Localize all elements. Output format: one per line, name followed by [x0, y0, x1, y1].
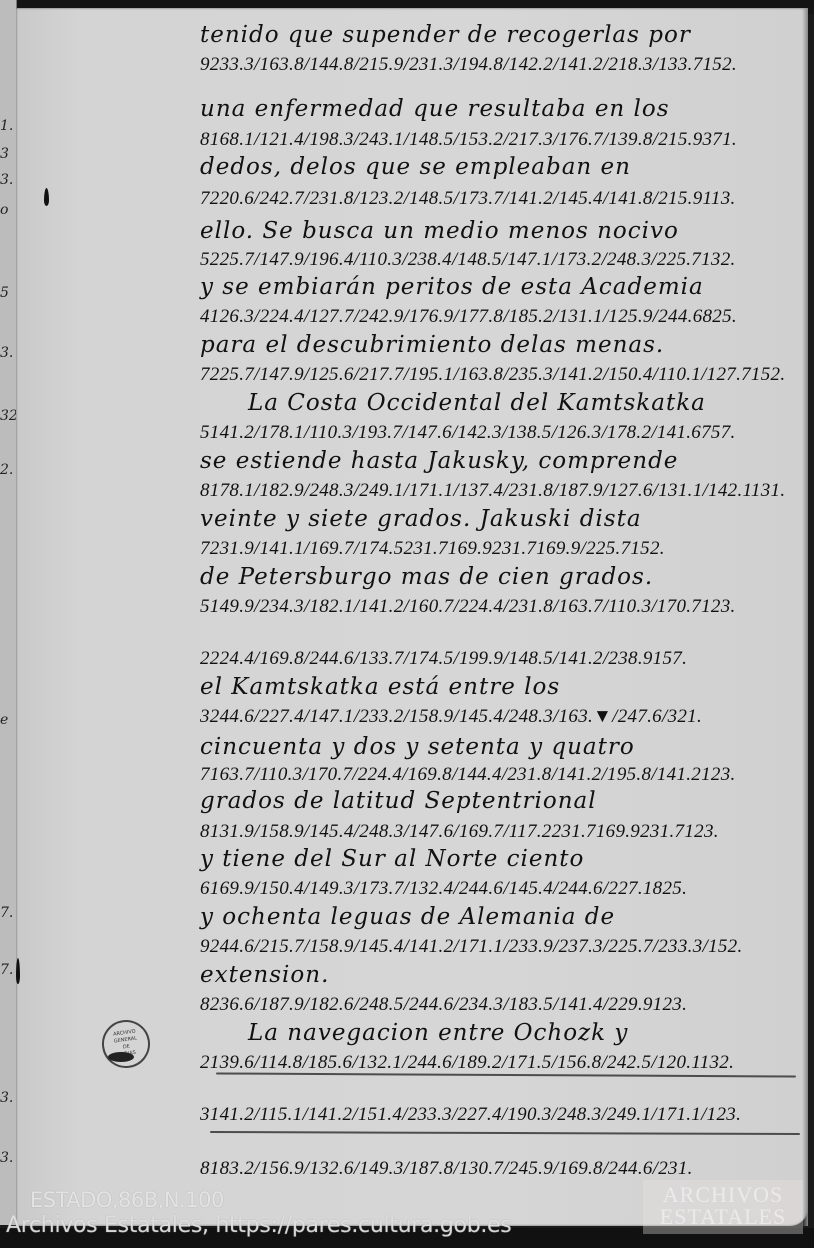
text-line: La navegacion entre Ochozk y [200, 1020, 628, 1046]
source-attribution: Archivos Estatales, https://pares.cultur… [6, 1213, 511, 1238]
cipher-line: 3244.6/227.4/147.1/233.2/158.9/145.4/248… [200, 706, 702, 728]
cipher-line: 8131.9/158.9/145.4/248.3/147.6/169.7/117… [200, 821, 719, 843]
text-line: cincuenta y dos y setenta y quatro [200, 734, 635, 760]
ink-blot [44, 188, 49, 206]
text-line: y ochenta leguas de Alemania de [200, 904, 615, 930]
archivos-estatales-logo: ARCHIVOS ESTATALES [643, 1180, 803, 1234]
cipher-line: 9244.6/215.7/158.9/145.4/141.2/171.1/233… [200, 936, 743, 958]
margin-fragment: 2. [0, 462, 13, 478]
text-line: dedos, delos que se empleaban en [200, 154, 631, 180]
cipher-line: 5149.9/234.3/182.1/141.2/160.7/224.4/231… [200, 596, 736, 618]
margin-fragment: 3 [0, 146, 9, 162]
cipher-line: 2224.4/169.8/244.6/133.7/174.5/199.9/148… [200, 648, 687, 670]
margin-fragment: o [0, 202, 8, 218]
margin-fragment: 7. [0, 905, 13, 921]
cipher-line: 8236.6/187.9/182.6/248.5/244.6/234.3/183… [200, 994, 687, 1016]
stamp-ink-blot [108, 1052, 134, 1062]
cipher-line: 2139.6/114.8/185.6/132.1/244.6/189.2/171… [200, 1052, 734, 1074]
text-line: grados de latitud Septentrional [200, 788, 597, 814]
cipher-line: 3141.2/115.1/141.2/151.4/233.3/227.4/190… [200, 1104, 741, 1126]
text-line: veinte y siete grados. Jakuski dista [200, 506, 642, 532]
margin-fragment: 1. [0, 118, 13, 134]
text-line: tenido que supender de recogerlas por [200, 22, 691, 48]
cipher-line: 7220.6/242.7/231.8/123.2/148.5/173.7/141… [200, 188, 736, 210]
cipher-line: 5141.2/178.1/110.3/193.7/147.6/142.3/138… [200, 422, 736, 444]
margin-fragment: 3. [0, 1150, 13, 1166]
text-line: extension. [200, 962, 329, 988]
text-line: el Kamtskatka está entre los [200, 674, 560, 700]
text-line: ello. Se busca un medio menos nocivo [200, 218, 679, 244]
document-reference: ESTADO,86B,N.100 [30, 1188, 224, 1212]
cipher-line: 5225.7/147.9/196.4/110.3/238.4/148.5/147… [200, 249, 736, 271]
text-line: para el descubrimiento delas menas. [200, 332, 664, 358]
cipher-line: 8178.1/182.9/248.3/249.1/171.1/137.4/231… [200, 480, 785, 502]
cipher-line: 8183.2/156.9/132.6/149.3/187.8/130.7/245… [200, 1158, 693, 1180]
margin-fragment: 3. [0, 172, 13, 188]
margin-fragment: 7. [0, 962, 13, 978]
cipher-line: 7231.9/141.1/169.7/174.5231.7169.9231.71… [200, 538, 665, 560]
margin-fragment: 3. [0, 345, 13, 361]
text-line: una enfermedad que resultaba en los [200, 96, 670, 122]
separator-rule [210, 1131, 800, 1135]
margin-fragment: 5 [0, 285, 9, 301]
text-line: se estiende hasta Jakusky, comprende [200, 448, 678, 474]
margin-fragment: e [0, 712, 8, 728]
cipher-line: 8168.1/121.4/198.3/243.1/148.5/153.2/217… [200, 129, 737, 151]
cipher-line: 4126.3/224.4/127.7/242.9/176.9/177.8/185… [200, 306, 737, 328]
cipher-line: 6169.9/150.4/149.3/173.7/132.4/244.6/145… [200, 878, 687, 900]
text-line: de Petersburgo mas de cien grados. [200, 564, 653, 590]
text-line: y se embiarán peritos de esta Academia [200, 274, 704, 300]
cipher-line: 7225.7/147.9/125.6/217.7/195.1/163.8/235… [200, 364, 785, 386]
text-line: La Costa Occidental del Kamtskatka [200, 390, 706, 416]
cipher-line: 9233.3/163.8/144.8/215.9/231.3/194.8/142… [200, 54, 737, 76]
cipher-line: 7163.7/110.3/170.7/224.4/169.8/144.4/231… [200, 764, 736, 786]
text-line: y tiene del Sur al Norte ciento [200, 846, 584, 872]
margin-fragment: 3. [0, 1090, 13, 1106]
adjacent-page-edge: 1. 3 3. o 5 3. 32. 2. e 7. 7. 3. 3. [0, 0, 17, 1225]
